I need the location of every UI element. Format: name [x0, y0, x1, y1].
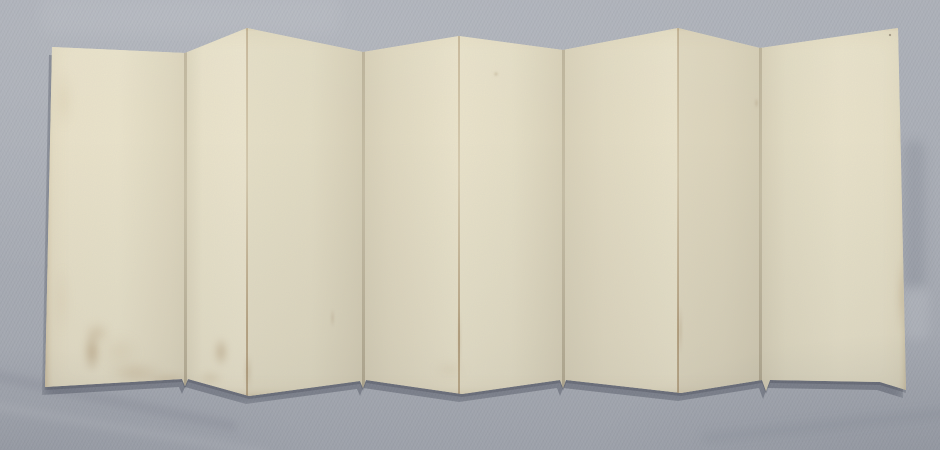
fabric-crease: [903, 140, 925, 290]
paper-edge-toning: [45, 26, 907, 399]
fabric-crease: [40, 0, 340, 35]
accordion-folded-paper: [45, 26, 907, 399]
fabric-crease: [903, 285, 929, 340]
photo-stage: [0, 0, 940, 450]
fabric-crease: [700, 406, 940, 443]
